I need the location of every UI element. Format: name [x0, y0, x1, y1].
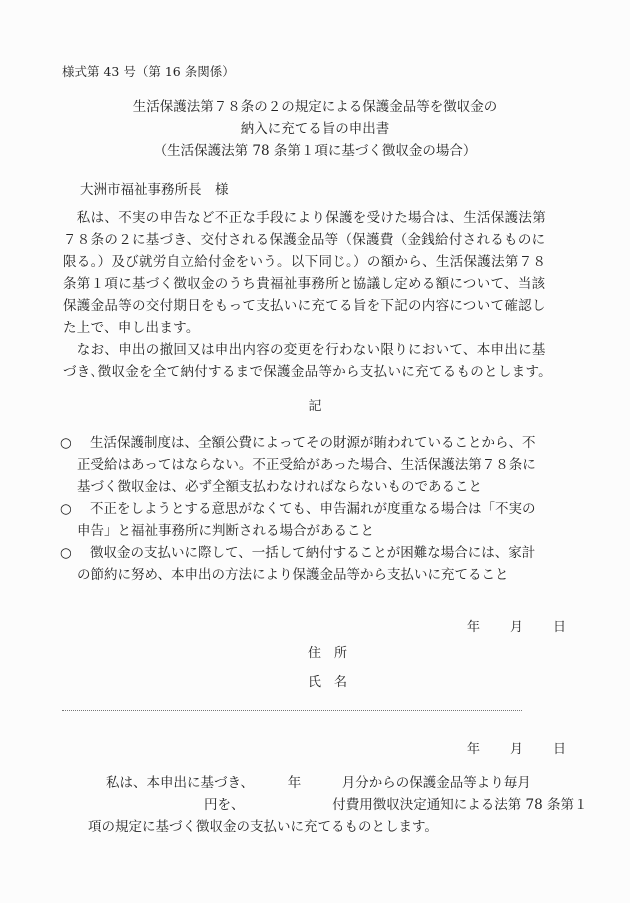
date-month-label: 月	[510, 616, 523, 635]
item-text: 基づく徴収金は、必ず全額支払わなければならないものであること	[60, 476, 580, 498]
body-line: 限る。）及び就労自立給付金をいう。以下同じ。）の額から、生活保護法第７８	[63, 251, 578, 273]
body-line: た上で、申し出ます。	[63, 317, 578, 339]
date-day-label: 日	[553, 616, 566, 635]
title-line-3: （生活保護法第 78 条第１項に基づく徴収金の場合）	[0, 140, 630, 162]
cut-line-divider	[62, 710, 522, 711]
title-line-2: 納入に充てる旨の申出書	[0, 118, 630, 140]
date-field-1: 年 月 日	[0, 616, 630, 636]
name-label: 氏 名	[308, 671, 347, 690]
date-day-label: 日	[553, 738, 566, 757]
body-line: ７８条の２に基づき、交付される保護金品等（保護費（金銭給付されるものに	[63, 229, 578, 251]
body-paragraph: 私は、不実の申告など不正な手段により保護を受けた場合は、生活保護法第 ７８条の２…	[63, 207, 578, 383]
item-text: 正受給はあってはならない。不正受給があった場合、生活保護法第７８条に	[60, 454, 580, 476]
notice-items: ○生活保護制度は、全額公費によってその財源が賄われていることから、不 正受給はあ…	[60, 432, 580, 586]
address-label: 住 所	[308, 642, 347, 661]
bottom-line: 項の規定に基づく徴収金の支払いに充てるものとします。	[88, 816, 586, 838]
circle-bullet-icon: ○	[60, 498, 90, 520]
date-year-label: 年	[467, 616, 480, 635]
item-text: 徴収金の支払いに際して、一括して納付することが困難な場合には、家計	[90, 545, 535, 561]
office-use-paragraph: 私は、本申出に基づき、 年 月分からの保護金品等より毎月 円を、 付費用徴収決定…	[96, 772, 586, 838]
circle-bullet-icon: ○	[60, 432, 90, 454]
list-item: ○不正をしようとする意思がなくても、申告漏れが度重なる場合は「不実の	[60, 498, 580, 520]
body-line: 条第１項に基づく徴収金のうち貴福祉事務所と協議し定める額について、当該	[63, 273, 578, 295]
addressee: 大洲市福祉事務所長 様	[80, 178, 229, 198]
list-item: ○生活保護制度は、全額公費によってその財源が賄われていることから、不	[60, 432, 580, 454]
item-text: 不正をしようとする意思がなくても、申告漏れが度重なる場合は「不実の	[90, 501, 536, 517]
date-year-label: 年	[467, 738, 480, 757]
list-item: ○徴収金の支払いに際して、一括して納付することが困難な場合には、家計	[60, 542, 580, 564]
body-line: づき､徴収金を全て納付するまで保護金品等から支払いに充てるものとします。	[63, 361, 578, 383]
ki-heading: 記	[0, 395, 630, 414]
item-text: の節約に努め、本申出の方法により保護金品等から支払いに充てること	[60, 564, 580, 586]
title-line-1: 生活保護法第７８条の２の規定による保護金品等を徴収金の	[0, 96, 630, 118]
circle-bullet-icon: ○	[60, 542, 90, 564]
body-line: 私は、不実の申告など不正な手段により保護を受けた場合は、生活保護法第	[63, 207, 578, 229]
bottom-line: 円を、 付費用徴収決定通知による法第 78 条第１	[96, 794, 586, 816]
body-line: 保護金品等の交付期日をもって支払いに充てる旨を下記の内容について確認し	[63, 295, 578, 317]
form-number: 様式第 43 号（第 16 条関係）	[62, 62, 235, 80]
item-text: 生活保護制度は、全額公費によってその財源が賄われていることから、不	[90, 435, 536, 451]
date-month-label: 月	[510, 738, 523, 757]
date-field-2: 年 月 日	[0, 738, 630, 758]
item-text: 申告」と福祉事務所に判断される場合があること	[60, 520, 580, 542]
body-line: なお、申出の撤回又は申出内容の変更を行わない限りにおいて、本申出に基	[63, 339, 578, 361]
bottom-line: 私は、本申出に基づき、 年 月分からの保護金品等より毎月	[96, 772, 586, 794]
